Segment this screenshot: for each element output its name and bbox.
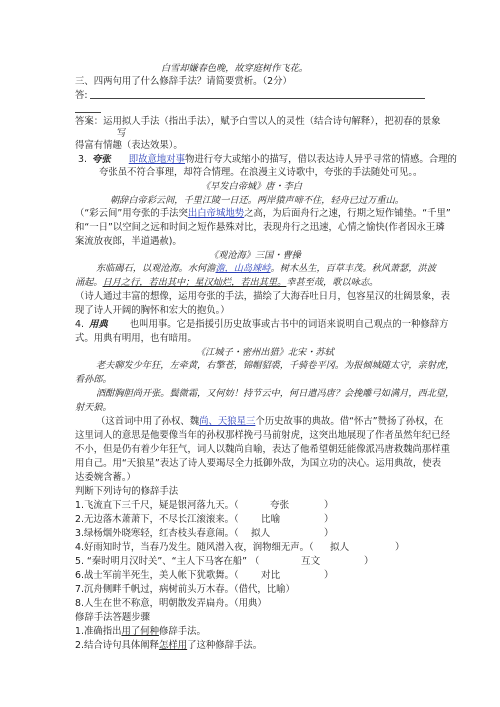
answer-blank-line[interactable] <box>90 98 425 99</box>
exercise-close-3: ） <box>324 528 334 540</box>
document-page: 白雪却嫌春色晚，故穿庭树作飞花。 三、四两句用了什么修辞手法？请简要赏析。（2分… <box>0 0 500 707</box>
exercise-item-4: 4.好雨知时节，当春乃发生。随风潜入夜，润物细无声。（ <box>75 542 314 554</box>
analysis1-line1: （“彩云间”用夸张的手法突出白帝城地势之高，为后面舟行之速，行期之短作铺垫。“千… <box>75 208 451 220</box>
exercise-close-5: ） <box>364 556 374 568</box>
poem1-text: 朝辞白帝彩云间，千里江陵一日还。两岸猿声啼不住，轻舟已过万重山。 <box>110 195 404 207</box>
step-1-underlined: 用了何种 <box>121 626 159 637</box>
top-poem-line: 白雪却嫌春色晚，故穿庭树作飞花。 <box>161 63 308 75</box>
exercise-item-8: 8.人生在世不称意，明朝散发弄扁舟。（用典） <box>75 598 267 610</box>
exercise-item-6: 6.战士军前半死生，美人帐下犹歌舞。（ <box>75 570 239 582</box>
poem2-line2: 涌起。日月之行，若出其中；星汉灿烂，若出其里。幸甚至哉，歌以咏志。 <box>75 277 378 289</box>
exercise-title: 判断下列诗句的修辞手法 <box>75 486 178 498</box>
exercise-answer-1: 夸张 <box>270 500 289 512</box>
answer-text-cont: 得富有情趣（表达效果）。 <box>75 140 183 152</box>
answer-text-wrap: 写 <box>117 128 126 140</box>
poem3-line3: 酒酣胸胆尚开张。鬓微霜，又何妨！持节云中，何日遣冯唐？会挽雕弓如满月，西北望， <box>96 388 454 400</box>
section3-number: 3. <box>78 154 87 165</box>
analysis1-line2: 和“一日”以空间之远和时间之短作悬殊对比，表现舟行之迅速，心情之愉快(作者因永王… <box>75 222 445 234</box>
step-2-underlined: 怎样用 <box>159 640 187 651</box>
exercise-answer-2: 比喻 <box>261 514 280 526</box>
section3-link[interactable]: 即故意地对事 <box>129 154 185 165</box>
analysis3-link[interactable]: 尚、天狼星三 <box>199 416 255 427</box>
exercise-answer-4: 拟人 <box>330 542 349 554</box>
analysis3-line5: 达委婉含蓄。） <box>75 472 136 484</box>
analysis3-line4: 用自己。用“天狼星”表达了诗人要竭尽全力抵御外敌，为国立功的决心。运用典故，使表 <box>75 458 441 470</box>
section3-heading: 3. 夸张即故意地对事物进行夸大或缩小的描写，借以表达诗人异乎寻常的情感。合理的 <box>78 154 457 166</box>
exercise-item-2: 2.无边落木萧萧下，不尽长江滚滚来。（ <box>75 514 239 526</box>
exercise-close-6: ） <box>324 570 334 582</box>
exercise-item-5: 5. “秦时明月汉时关”、“主人下马客在船” （ <box>75 556 259 568</box>
poem2-title: 《观沧海》三国・曹操 <box>209 250 301 262</box>
section4-definition: 也叫用事。它是指援引历史故事或古书中的词语来说明自己观点的一种修辞方 <box>130 319 449 330</box>
exercise-close-1: ） <box>324 500 334 512</box>
poem2-line1: 东临碣石，以观沧海。水何澹澹，山岛竦峙。树木丛生，百草丰茂。秋风萧瑟，洪波 <box>96 263 436 275</box>
analysis1-line3: 案流放夜郎，半道遇赦)。 <box>75 236 182 248</box>
exercise-item-1: 1.飞流直下三千尺，疑是银河落九天。（ <box>75 500 239 512</box>
exercise-answer-3: 拟人 <box>251 528 270 540</box>
poem1-title: 《早发白帝城》唐・李白 <box>201 181 302 193</box>
analysis2-line2: 现了诗人开阔的胸怀和宏大的抱负。） <box>75 305 230 317</box>
poem3-title: 《江城子・密州出猎》北宋・苏轼 <box>196 347 334 359</box>
poem3-line1: 老夫聊发少年狂，左牵黄，右擎苍，锦帽貂裘，千骑卷平冈。为报倾城随太守，亲射虎， <box>96 360 454 372</box>
answer-label: 答: <box>75 90 88 102</box>
exercise-answer-6: 对比 <box>261 570 280 582</box>
steps-title-visible: 修辞手法答题步骤 <box>75 612 150 624</box>
poem2-underlined: 日月之行，若出其中；星汉灿烂，若出其里。 <box>103 277 287 288</box>
poem3-line4: 射天狼。 <box>75 402 112 414</box>
exercise-close-4: ） <box>395 542 405 554</box>
step-1: 1.准确指出用了何种修辞手法。 <box>75 626 206 638</box>
step-2: 2.结合诗句具体阐释怎样用了这种修辞手法。 <box>75 640 262 652</box>
analysis1-link[interactable]: 出白帝城地势 <box>188 208 244 219</box>
exercise-answer-5: 互文 <box>301 556 320 568</box>
analysis3-line1: （这首词中用了孙权、魏尚、天狼星三个历史故事的典故。借“怀古”赞扬了孙权，在 <box>96 416 443 428</box>
section4-heading: 4. 用典也叫用事。它是指援引历史故事或古书中的词语来说明自己观点的一种修辞方 <box>75 319 448 331</box>
answer-text: 答案：运用拟人手法（指出手法），赋予白雪以人的灵性（结合诗句解释），把初春的景象 <box>75 116 441 128</box>
answer-blank-line-short <box>75 112 101 113</box>
section4-term: 用典 <box>89 319 108 330</box>
section4-number: 4. <box>75 319 84 330</box>
analysis3-line3: 不小，但是仍有着少年狂气，词人以魏尚自喻，表达了他希望朝廷能像派冯唐救魏尚那样重 <box>75 444 450 456</box>
section3-definition: 物进行夸大或缩小的描写，借以表达诗人异乎寻常的情感。合理的 <box>185 154 457 165</box>
section3-definition-line2: 夸张虽不符合事理，却符合情理。在浪漫主义诗歌中，夸张的手法随处可见。。 <box>99 167 422 179</box>
exercise-item-7: 7.沉舟侧畔千帆过，病树前头万木春。（借代，比喻） <box>75 584 295 596</box>
section3-term: 夸张 <box>92 154 111 165</box>
exercise-item-3: 3.绿杨烟外晓寒轻，红杏枝头春意闹。（ <box>75 528 239 540</box>
question3-prompt: 三、四两句用了什么修辞手法？请简要赏析。（2分） <box>75 76 292 88</box>
analysis2-line1: （诗人通过丰富的想像，运用夸张的手法，描绘了大海吞吐日月，包容星汉的壮阔景象，表 <box>75 291 450 303</box>
poem3-line2: 看孙郎。 <box>75 374 112 386</box>
poem2-link[interactable]: 澹，山岛竦峙 <box>215 263 270 274</box>
exercise-close-2: ） <box>324 514 334 526</box>
analysis3-line2: 这里词人的意思是他要像当年的孙权那样挽弓马前射虎，这突出地展现了作者虽然年纪已经 <box>75 430 450 442</box>
section4-definition-line2: 式。用典有明用，也有暗用。 <box>75 333 197 345</box>
